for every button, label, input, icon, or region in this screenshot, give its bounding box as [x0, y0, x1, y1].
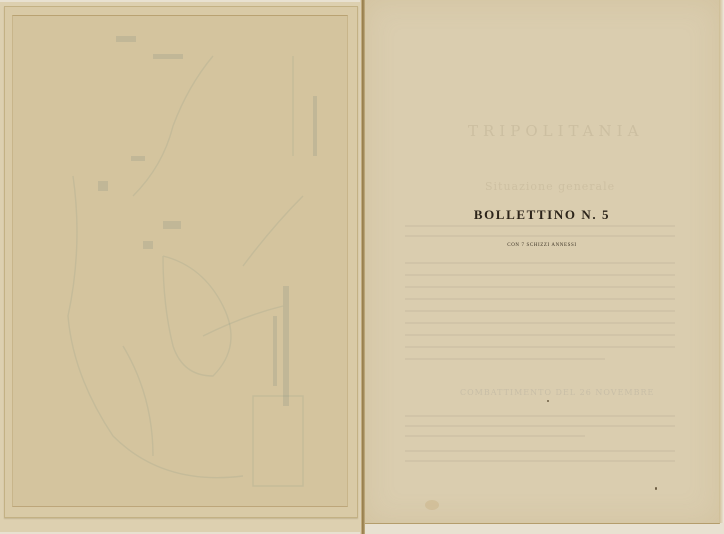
bleed-text-line [405, 460, 675, 462]
right-page-edge [719, 0, 724, 523]
bleed-text-line [405, 425, 675, 427]
bleed-text-line [405, 286, 675, 288]
bleed-text-line [405, 358, 605, 360]
faded-map-sketch [13, 16, 347, 506]
bleed-through-section-heading: COMBATTIMENTO DEL 26 NOVEMBRE [460, 388, 654, 397]
title-page: TRIPOLITANIA Situazione generale COMBATT… [365, 0, 720, 524]
bleed-text-line [405, 225, 675, 227]
bleed-text-line [405, 346, 675, 348]
bleed-text-line [405, 310, 675, 312]
paper-speck [547, 400, 549, 402]
bleed-text-line [405, 262, 675, 264]
bleed-text-line [405, 450, 675, 452]
bulletin-title: BOLLETTINO N. 5 [365, 207, 719, 222]
folded-map-sheet [12, 15, 348, 507]
bleed-text-line [405, 235, 675, 237]
bulletin-subtitle: CON 7 SCHIZZI ANNESSI [365, 243, 719, 248]
bleed-text-line [405, 322, 675, 324]
bleed-through-subheading: Situazione generale [485, 180, 615, 193]
bleed-text-line [405, 435, 585, 437]
bleed-text-line [405, 415, 675, 417]
paper-speck [655, 487, 657, 490]
bleed-through-heading: TRIPOLITANIA [468, 122, 643, 140]
bleed-text-line [405, 298, 675, 300]
bleed-text-line [405, 334, 675, 336]
paper-stain [425, 500, 439, 510]
bleed-text-line [405, 274, 675, 276]
